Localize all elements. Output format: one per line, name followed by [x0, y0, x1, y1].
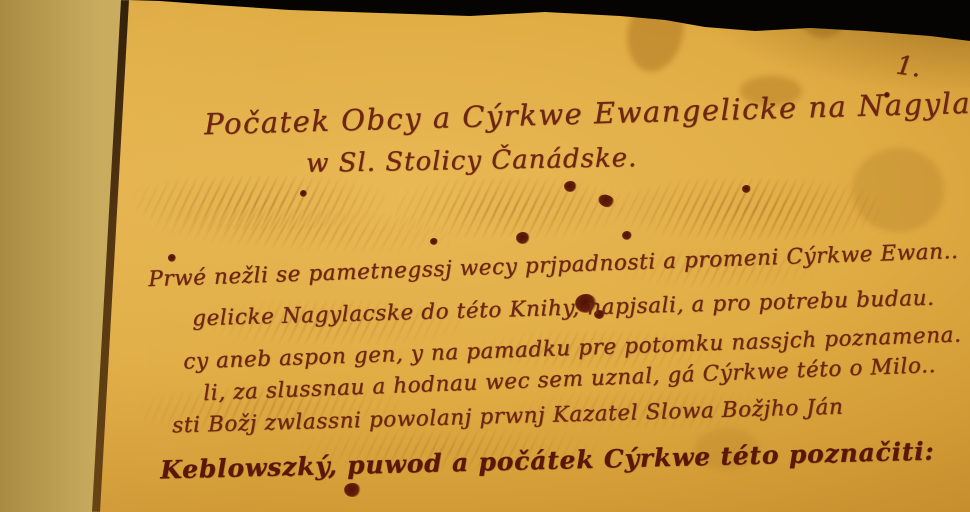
title-line-2: w Sl. Stolicy Čanádske. — [306, 143, 638, 179]
ink-blot — [742, 185, 751, 193]
ink-blot — [622, 231, 632, 240]
page-number: 1. — [894, 50, 923, 83]
ink-blot — [300, 190, 307, 197]
paper-stain — [800, 0, 846, 38]
ink-blot — [168, 254, 176, 262]
title-line-1: Počatek Obcy a Cýrkwe Ewangelicke na Nag… — [204, 85, 970, 142]
ink-blot — [344, 483, 361, 497]
ink-blot — [430, 238, 438, 245]
paper-stain — [852, 148, 944, 232]
paper-stain — [620, 0, 690, 77]
ink-blot — [564, 181, 577, 192]
ink-blot — [516, 232, 530, 244]
body-line-2: gelicke Nagylacske do této Knihy, napjsa… — [192, 286, 935, 332]
manuscript-page: 1. Počatek Obcy a Cýrkwe Ewangelicke na … — [0, 0, 970, 512]
manuscript-photo: 1. Počatek Obcy a Cýrkwe Ewangelicke na … — [0, 0, 970, 512]
